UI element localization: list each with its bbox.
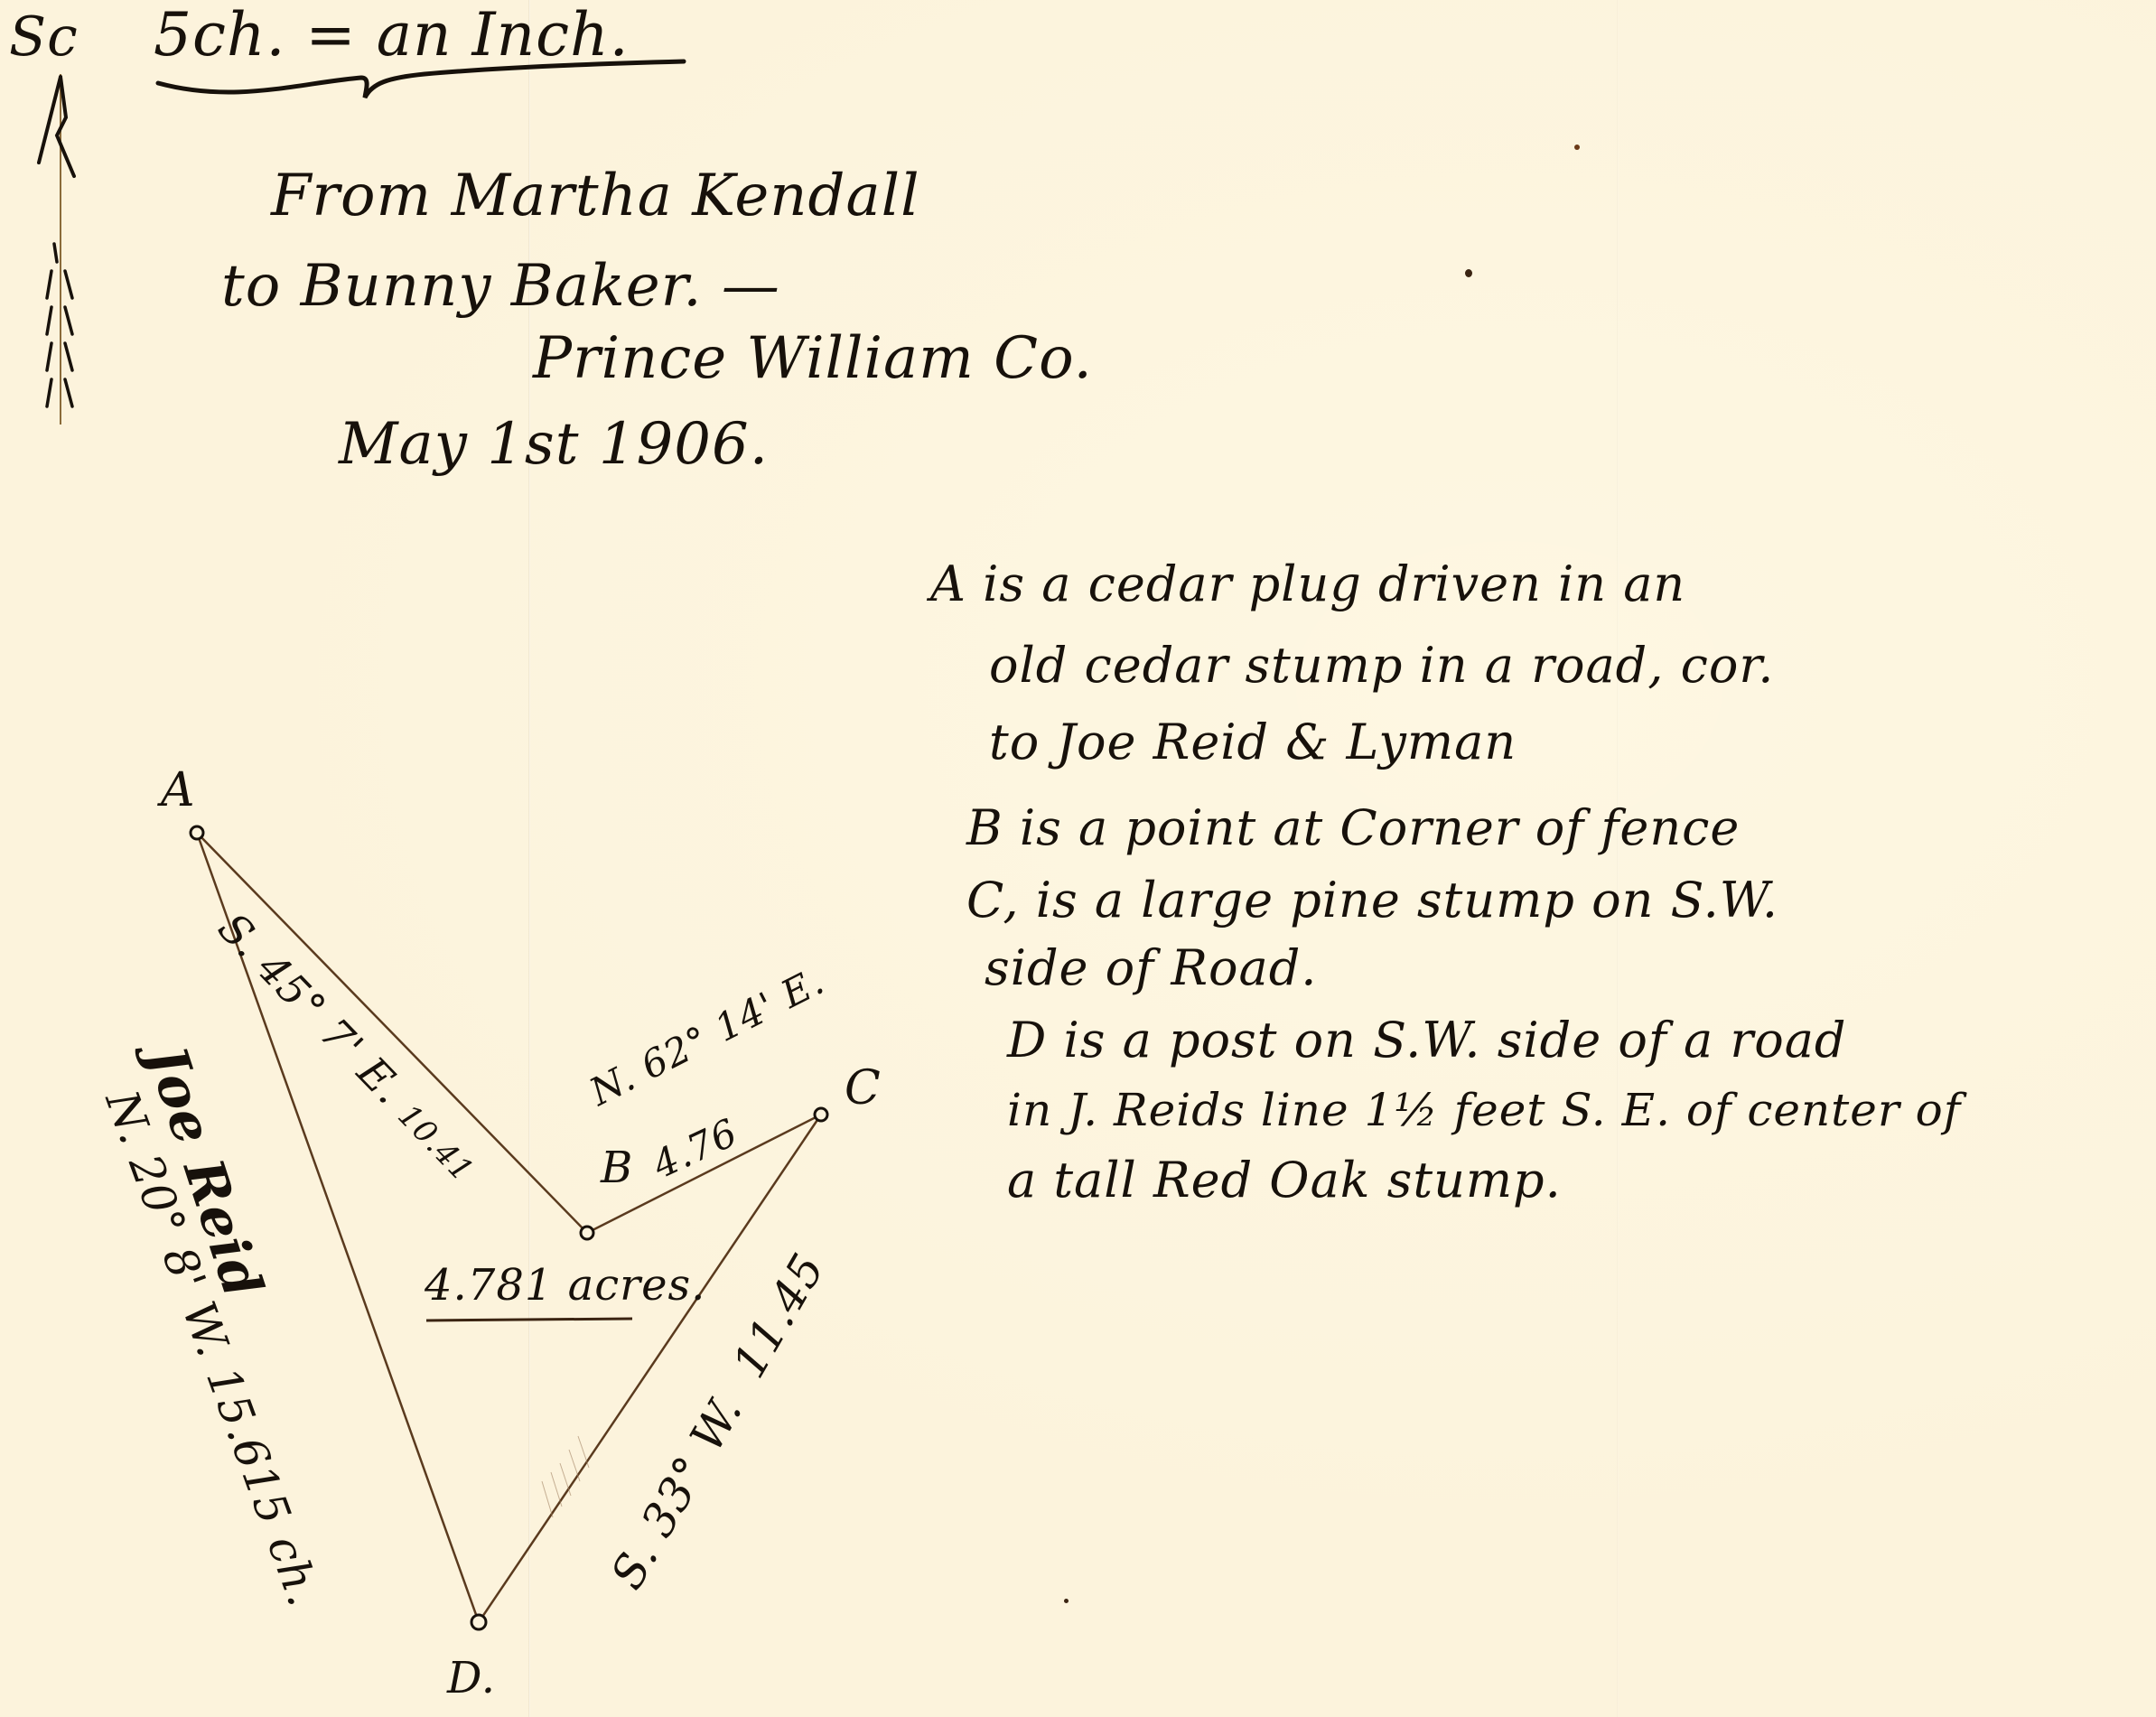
corner-A-marker (191, 826, 203, 839)
area-label: 4.781 acres. (425, 1260, 705, 1311)
ink-spot (1574, 145, 1580, 150)
note-A-line-1: A is a cedar plug driven in an (930, 555, 1685, 612)
note-D-line-2: in J. Reids line 1½ feet S. E. of center… (1007, 1084, 1961, 1136)
scale-brace (158, 61, 684, 98)
point-label-D: D. (447, 1653, 496, 1703)
note-A-line-2: old cedar stump in a road, cor. (989, 637, 1774, 694)
note-B-line-1: B is a point at Corner of fence (966, 799, 1740, 856)
note-D-line-3: a tall Red Oak stump. (1007, 1152, 1562, 1208)
north-arrow-icon (39, 74, 74, 425)
ink-spot (1465, 269, 1472, 277)
course-AB (197, 833, 587, 1233)
point-label-C: C (845, 1061, 882, 1115)
note-D-line-1: D is a post on S.W. side of a road (1007, 1012, 1846, 1068)
corner-D-marker (471, 1615, 486, 1629)
note-C-line-1: C, is a large pine stump on S.W. (966, 872, 1778, 928)
survey-plat (0, 0, 2156, 1717)
point-label-A: A (161, 763, 196, 817)
ink-spot (1064, 1599, 1069, 1603)
note-A-line-3: to Joe Reid & Lyman (989, 714, 1517, 770)
corner-C-marker (815, 1108, 827, 1121)
corner-B-marker (581, 1227, 593, 1239)
point-label-B: B (601, 1143, 633, 1193)
area-underline (426, 1319, 632, 1320)
note-C-line-2: side of Road. (985, 939, 1317, 996)
